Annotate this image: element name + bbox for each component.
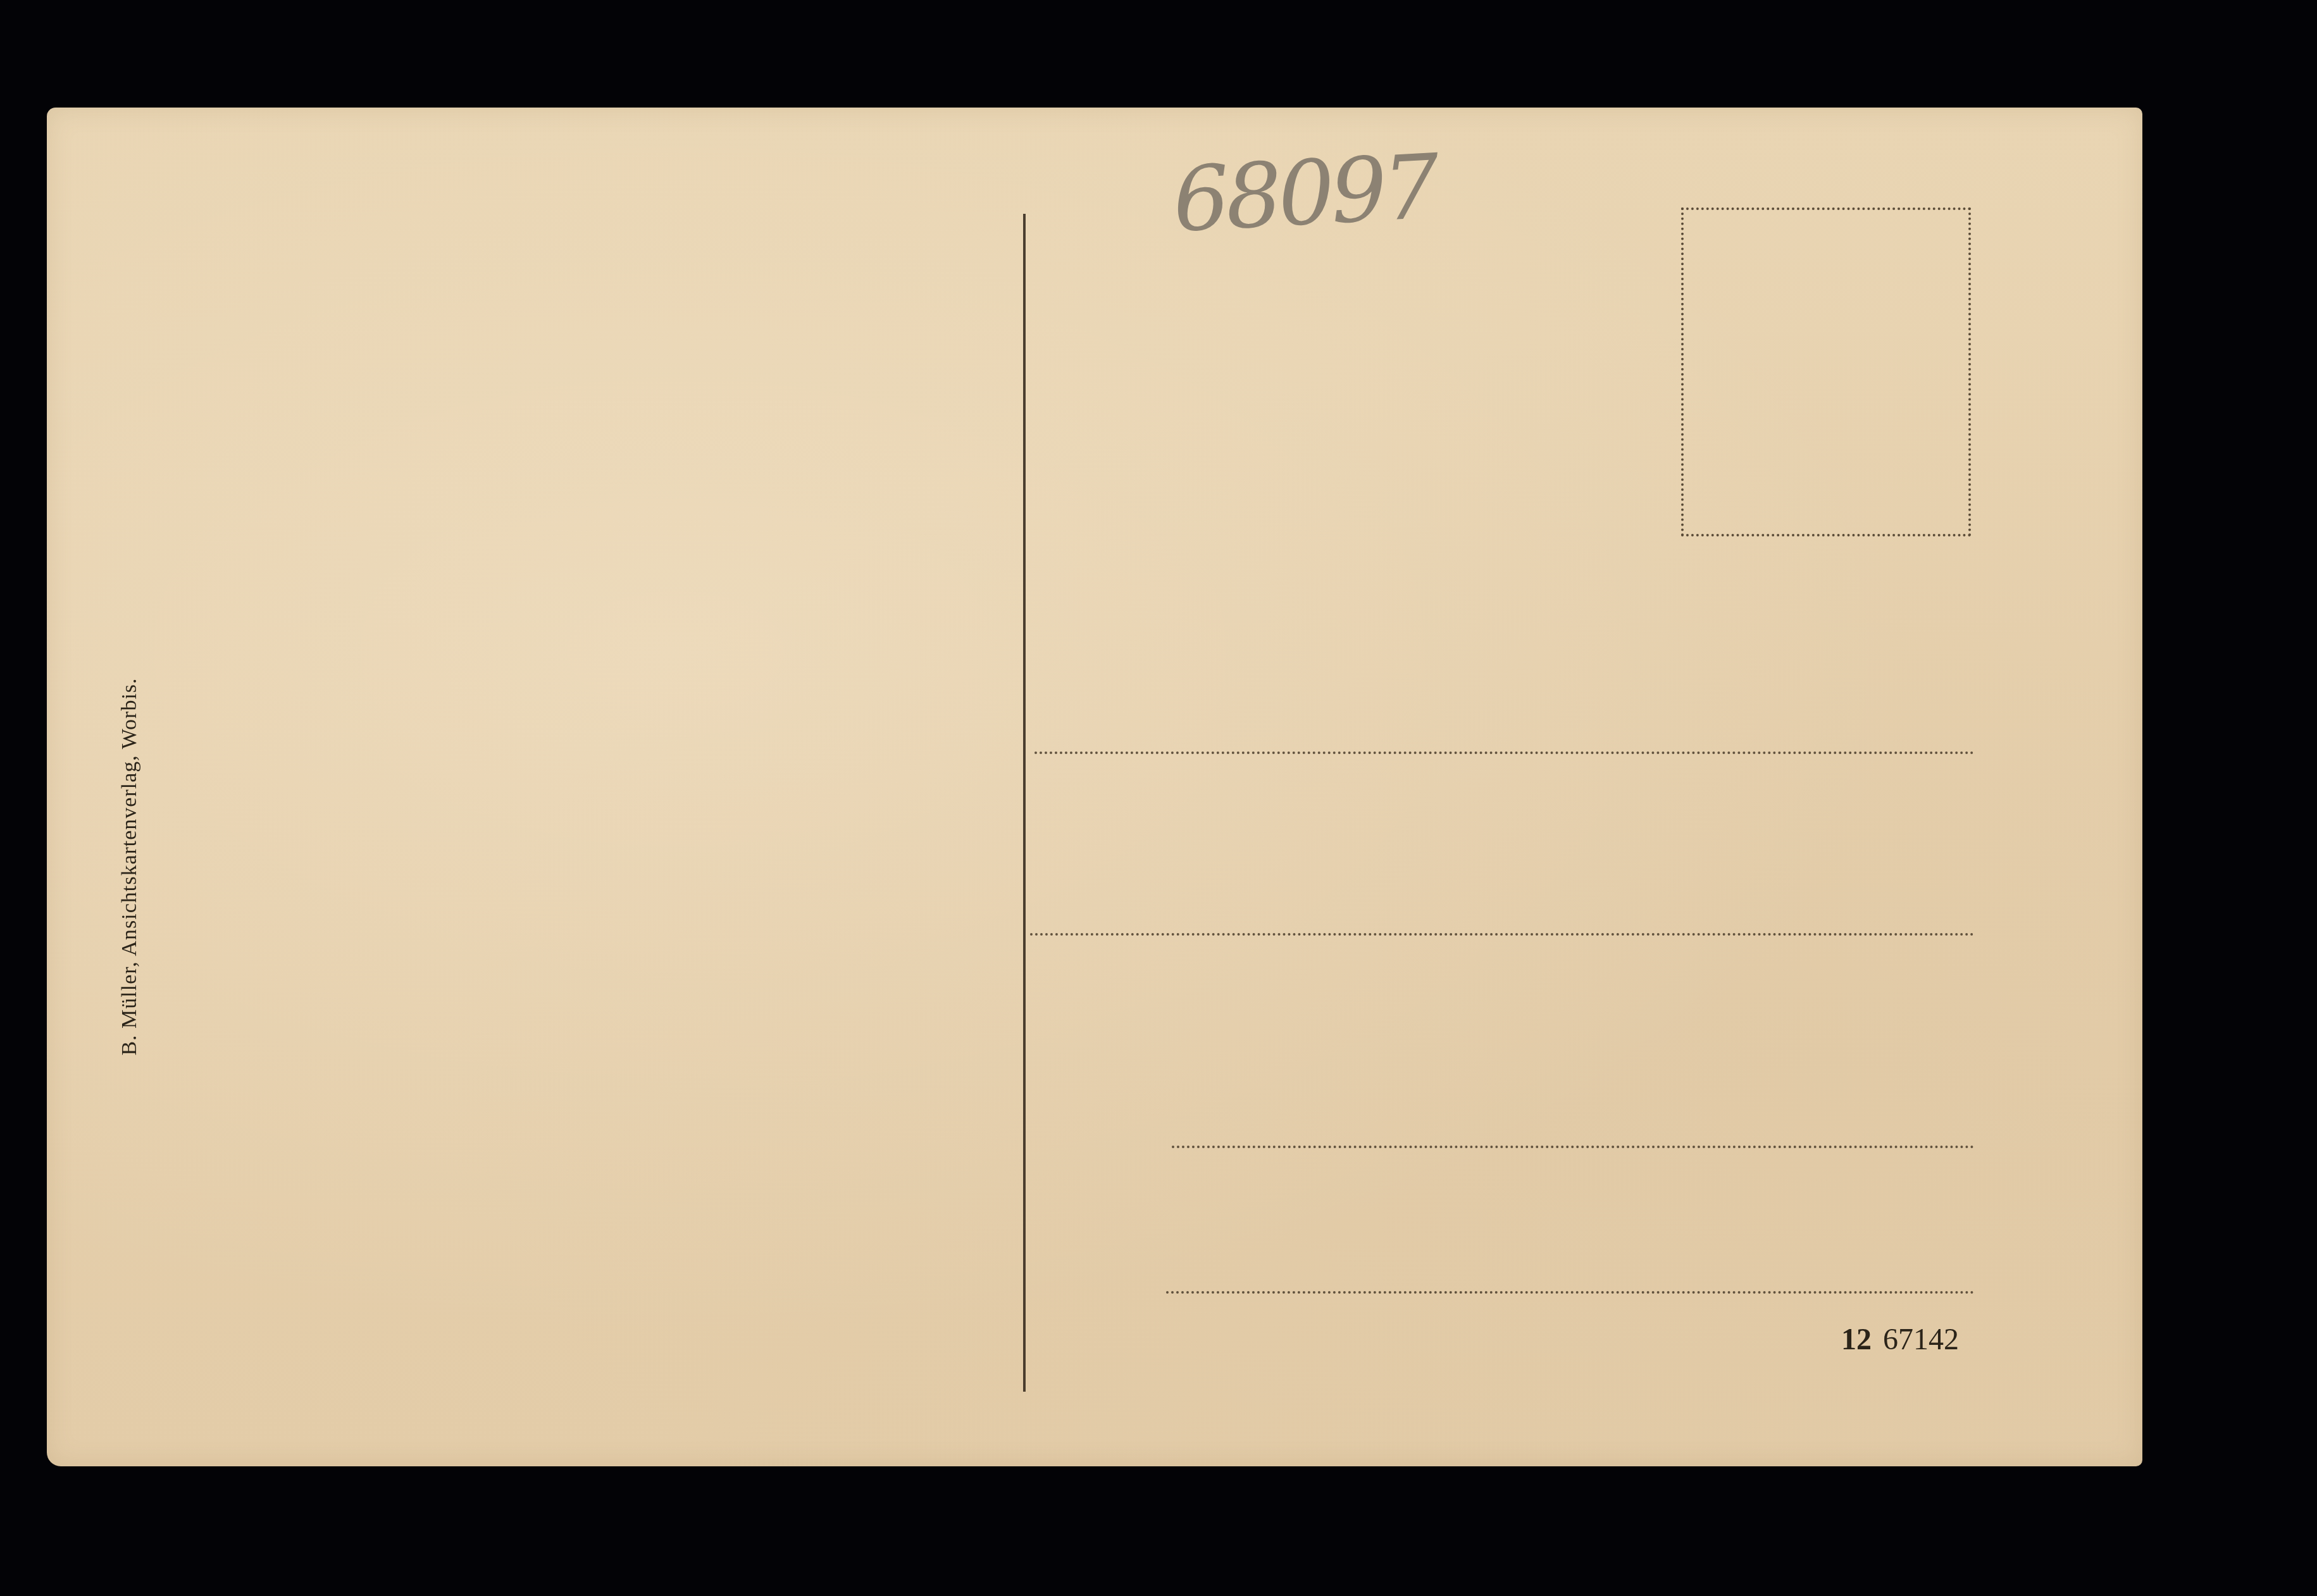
address-line-3 [1172,1146,1974,1148]
message-address-divider [1023,214,1026,1392]
pencil-inventory-note: 68097 [1171,135,1438,252]
scan-background: B. Müller, Ansichtskartenverlag, Worbis.… [0,0,2317,1596]
address-line-1 [1034,752,1974,754]
publisher-imprint: B. Müller, Ansichtskartenverlag, Worbis. [118,677,142,1055]
print-catalog-number: 67142 [1883,1323,1959,1356]
address-line-4 [1166,1291,1974,1294]
print-code: 1267142 [1841,1322,1959,1357]
print-series-number: 12 [1841,1323,1872,1356]
stamp-placement-box [1681,207,1971,536]
postcard-back: B. Müller, Ansichtskartenverlag, Worbis.… [47,108,2142,1466]
address-line-2 [1030,933,1974,936]
